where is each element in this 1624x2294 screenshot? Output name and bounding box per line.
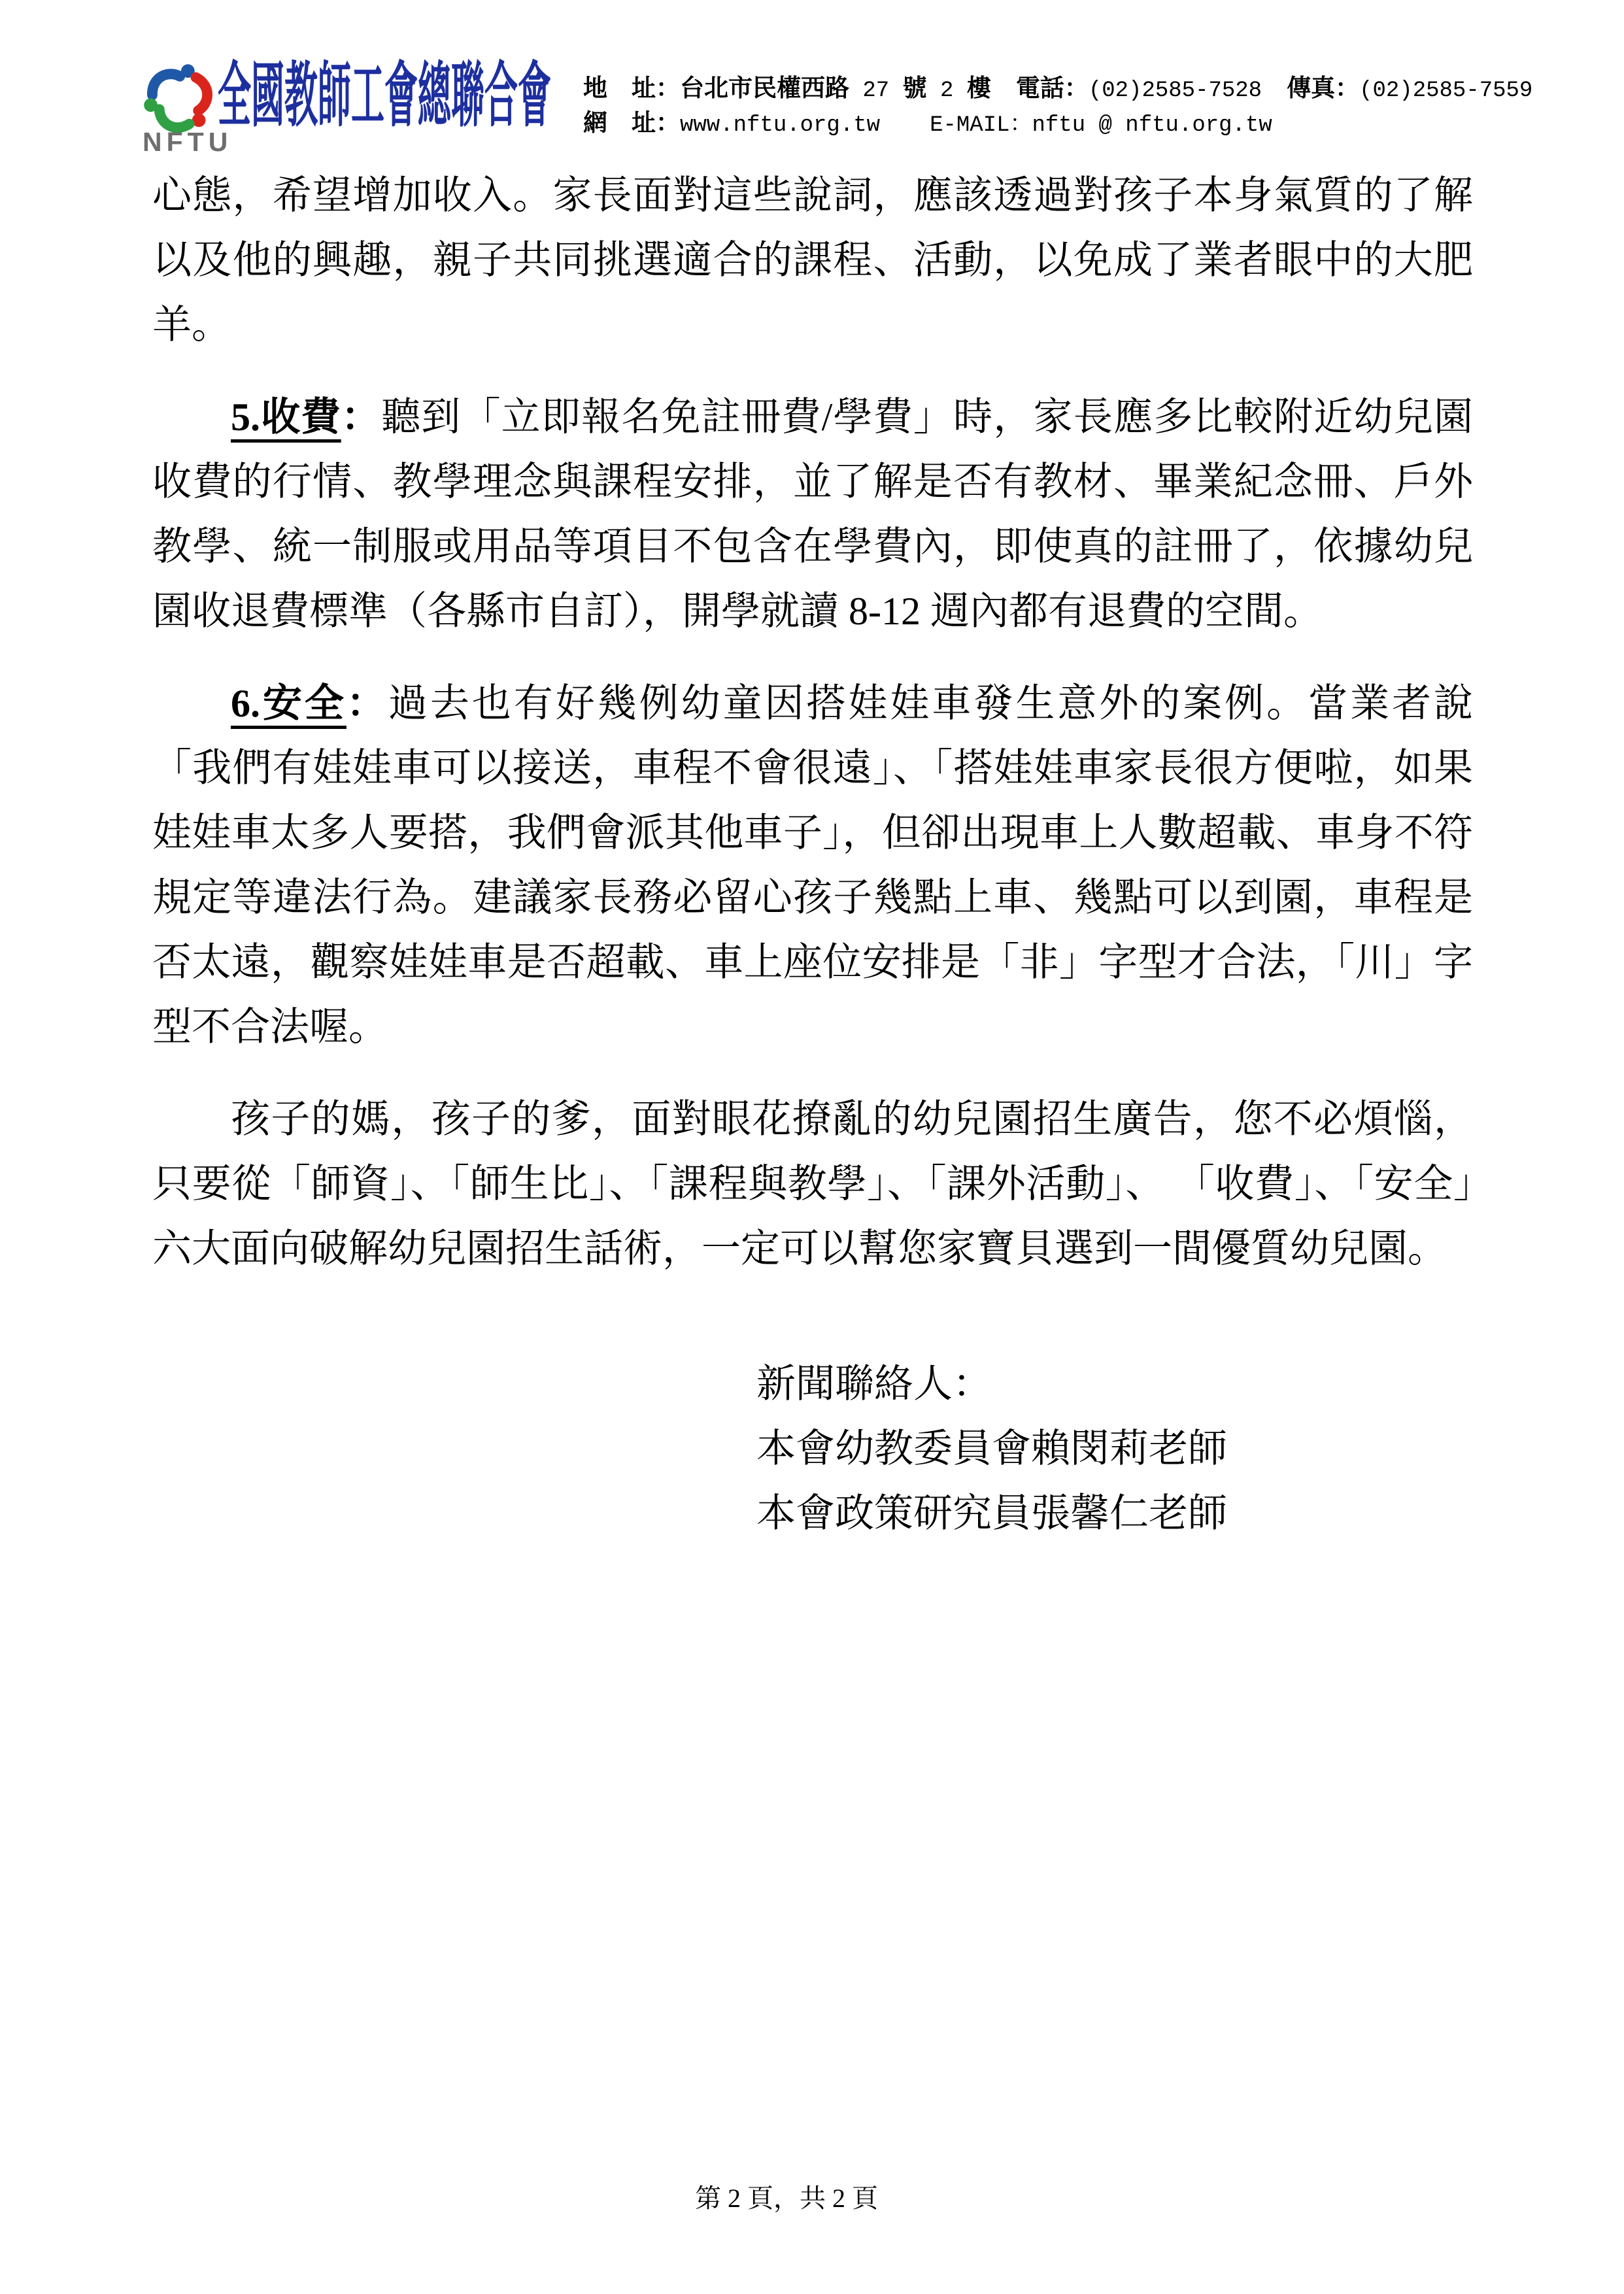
press-contact-person-1: 本會幼教委員會賴閔莉老師 (756, 1417, 1473, 1481)
address-street: 台北市民權西路 (680, 75, 849, 101)
paragraph-section-5-fees: 5.收費：聽到「立即報名免註冊費/學費」時，家長應多比較附近幼兒園收費的行情、教… (152, 385, 1473, 644)
website-label: 網 址： (583, 109, 680, 136)
section-6-text: 過去也有好幾例幼童因搭娃娃車發生意外的案例。當業者說「我們有娃娃車可以接送，車程… (152, 682, 1473, 1049)
address-label: 地 址： (583, 75, 680, 101)
tel-value: (02)2585-7528 (1089, 78, 1262, 103)
section-5-colon: ： (341, 396, 381, 439)
fax-value: (02)2585-7559 (1359, 78, 1532, 103)
press-contact-title: 新聞聯絡人： (756, 1352, 1473, 1417)
email-value: nftu @ nftu.org.tw (1032, 113, 1272, 138)
page-number-footer: 第 2 頁，共 2 頁 (0, 2182, 1573, 2215)
organization-name: 全國教師工會總聯合會 (218, 63, 551, 133)
website-value: www.nftu.org.tw (680, 113, 880, 138)
section-5-heading: 5.收費 (231, 396, 341, 439)
paragraph-continuation-text: 心態，希望增加收入。家長面對這些說詞，應該透過對孩子本身氣質的了解以及他的興趣，… (152, 174, 1473, 346)
section-6-heading: 6.安全 (231, 682, 347, 725)
letterhead-contact-info: 地 址：台北市民權西路 27 號 2 樓電話：(02)2585-7528傳真：(… (583, 71, 1544, 140)
press-contact-person-2: 本會政策研究員張馨仁老師 (756, 1481, 1473, 1546)
address-number: 27 (849, 78, 903, 103)
paragraph-closing: 孩子的媽，孩子的爹，面對眼花撩亂的幼兒園招生廣告，您不必煩惱，只要從「師資」、「… (152, 1087, 1473, 1281)
email-label: E-MAIL： (930, 113, 1032, 138)
paragraph-closing-text: 孩子的媽，孩子的爹，面對眼花撩亂的幼兒園招生廣告，您不必煩惱，只要從「師資」、「… (152, 1098, 1473, 1270)
address-floor-number: 2 (927, 78, 967, 103)
tel-label: 電話： (1016, 75, 1089, 101)
contact-row-web: 網 址：www.nftu.org.twE-MAIL：nftu @ nftu.or… (583, 105, 1544, 140)
contact-row-address: 地 址：台北市民權西路 27 號 2 樓電話：(02)2585-7528傳真：(… (583, 71, 1544, 105)
nftu-tri-people-icon (139, 55, 219, 135)
document-body: 心態，希望增加收入。家長面對這些說詞，應該透過對孩子本身氣質的了解以及他的興趣，… (152, 163, 1473, 1546)
fax-label: 傳真： (1287, 75, 1359, 101)
document-page: NFTU 全國教師工會總聯合會 地 址：台北市民權西路 27 號 2 樓電話：(… (0, 0, 1624, 2294)
section-6-colon: ： (347, 682, 388, 725)
press-contact-block: 新聞聯絡人： 本會幼教委員會賴閔莉老師 本會政策研究員張馨仁老師 (152, 1352, 1473, 1546)
paragraph-continuation: 心態，希望增加收入。家長面對這些說詞，應該透過對孩子本身氣質的了解以及他的興趣，… (152, 163, 1473, 358)
paragraph-section-6-safety: 6.安全：過去也有好幾例幼童因搭娃娃車發生意外的案例。當業者說「我們有娃娃車可以… (152, 671, 1473, 1060)
